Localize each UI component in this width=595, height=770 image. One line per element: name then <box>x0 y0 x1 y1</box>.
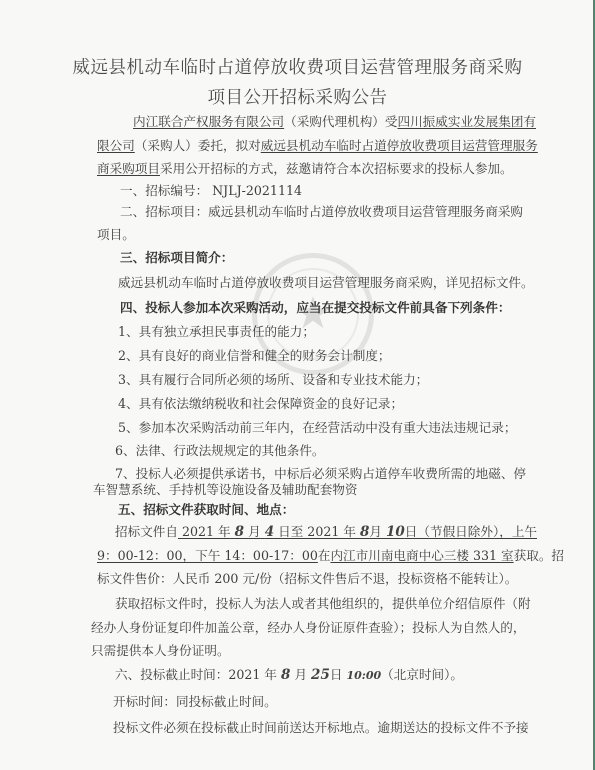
intro-line3: 商采购项目采用公开招标的方式，兹邀请符合本次招标要求的投标人参加。 <box>97 161 513 177</box>
start-year: 2021 年 <box>182 524 231 539</box>
submission-note: 投标文件必须在投标截止时间前送达开标地点。逾期送达的投标文件不予接 <box>113 720 529 736</box>
agent-name: 内江联合产权服务有限公司 <box>133 114 284 129</box>
project-name-part1: 威远县机动车临时占道停放收费项目运营管理服务 <box>261 138 538 153</box>
section3-body: 威远县机动车临时占道停放收费项目运营管理服务商采购，详见招标文件。 <box>118 275 534 291</box>
at-label: 在 <box>318 548 331 563</box>
condition-item: 4、具有依法缴纳税收和社会保障资金的良好记录； <box>118 396 403 412</box>
start-day-handwritten: 4 <box>265 524 274 540</box>
docs-required-line2: 经办人身份证复印件加盖公章，经办人身份证原件查验）；投标人为自然人的， <box>91 620 525 636</box>
section5-date-range: 2021 年 8 月 4 日至 2021 年 8月 10日（节假日除外），上午 <box>178 524 537 539</box>
condition-item: 6、法律、行政法规规定的其他条件。 <box>115 443 325 459</box>
end-month-label: 月 <box>369 524 382 539</box>
deadline-day-handwritten: 25 <box>311 667 330 683</box>
condition7-line2: 车智慧系统、手持机等设施设备及辅助配套物资 <box>93 482 357 498</box>
project-name-part2: 商采购项目 <box>97 161 160 176</box>
purchaser-name-part1: 四川振威实业发展集团有 <box>397 114 536 129</box>
deadline-month-label: 月 <box>294 667 307 682</box>
section5-prefix: 招标文件自 <box>115 524 178 539</box>
section1-tender-number: 一、招标编号： NJLJ-2021114 <box>120 183 302 199</box>
deadline-time-handwritten: 10:00 <box>346 669 381 682</box>
section2-line1: 二、招标项目：威远县机动车临时占道停放收费项目运营管理服务商采购 <box>120 204 523 220</box>
condition-item: 5、参加本次采购活动前三年内，在经营活动中没有重大违法违规记录； <box>118 420 516 436</box>
section2-line2: 项目。 <box>97 227 135 243</box>
section5-line1: 招标文件自 2021 年 8 月 4 日至 2021 年 8月 10日（节假日除… <box>115 524 537 540</box>
condition-item: 2、具有良好的商业信誉和健全的财务会计制度； <box>118 348 390 364</box>
intro-line2: 限公司（采购人）委托，拟对威远县机动车临时占道停放收费项目运营管理服务 <box>97 138 538 154</box>
deadline-day-label: 日 <box>330 667 343 682</box>
intro-closing: 采用公开招标的方式，兹邀请符合本次招标要求的投标人参加。 <box>160 161 513 176</box>
deadline-month-handwritten: 8 <box>281 667 290 683</box>
day-to: 日至 2021 年 <box>278 524 356 539</box>
document-title-line2: 项目公开招标采购公告 <box>0 84 595 109</box>
scanned-page: ★ 威远县机动车临时占道停放收费项目运营管理服务商采购 项目公开招标采购公告 内… <box>0 0 593 770</box>
deadline-prefix: 六、投标截止时间：2021 年 <box>115 667 277 682</box>
section5-line2: 9：00-12：00，下午 14：00-17：00在内江市川南电商中心三楼 33… <box>97 548 564 564</box>
obtain-label: 获取。招 <box>514 548 564 563</box>
docs-required-line3: 只需提供本人身份证明。 <box>91 643 230 659</box>
section6-deadline: 六、投标截止时间：2021 年 8 月 25日 10:00（北京时间）。 <box>115 667 463 684</box>
start-month-handwritten: 8 <box>235 524 244 540</box>
office-hours: 9：00-12：00，下午 14：00-17：00 <box>97 548 318 563</box>
deadline-suffix: （北京时间）。 <box>381 667 463 682</box>
docs-required-line1: 获取招标文件时，投标人为法人或者其他组织的，提供单位介绍信原件（附 <box>115 596 531 612</box>
condition-item: 1、具有独立承担民事责任的能力； <box>118 324 315 340</box>
document-title-line1: 威远县机动车临时占道停放收费项目运营管理服务商采购 <box>0 54 595 79</box>
section3-heading: 三、招标项目简介： <box>120 250 233 266</box>
section4-heading: 四、投标人参加本次采购活动，应当在提交投标文件前具备下列条件： <box>120 300 510 316</box>
agent-role: （采购代理机构）受 <box>284 114 397 129</box>
pickup-location: 内江市川南电商中心三楼 331 室 <box>330 548 513 563</box>
section5-price-line: 标文件售价：人民币 200 元/份（招标文件售后不退，投标资格不能转让）。 <box>97 571 517 587</box>
condition7-line1: 7、投标人必须提供承诺书，中标后必须采购占道停车收费所需的地磁、停 <box>115 466 526 482</box>
month-label: 月 <box>248 524 261 539</box>
intro-line1: 内江联合产权服务有限公司（采购代理机构）受四川振威实业发展集团有 <box>133 114 536 130</box>
end-suffix: 日（节假日除外），上午 <box>405 524 537 539</box>
section5-heading: 五、招标文件获取时间、地点： <box>118 502 294 518</box>
purchaser-role: （采购人）委托，拟对 <box>135 138 261 153</box>
purchaser-name-part2: 限公司 <box>97 138 135 153</box>
end-day-handwritten: 10 <box>386 524 405 540</box>
end-month-handwritten: 8 <box>360 524 369 540</box>
opening-time: 开标时间：同投标截止时间。 <box>113 694 277 710</box>
condition-item: 3、具有履行合同所必须的场所、设备和专业技术能力； <box>118 372 428 388</box>
